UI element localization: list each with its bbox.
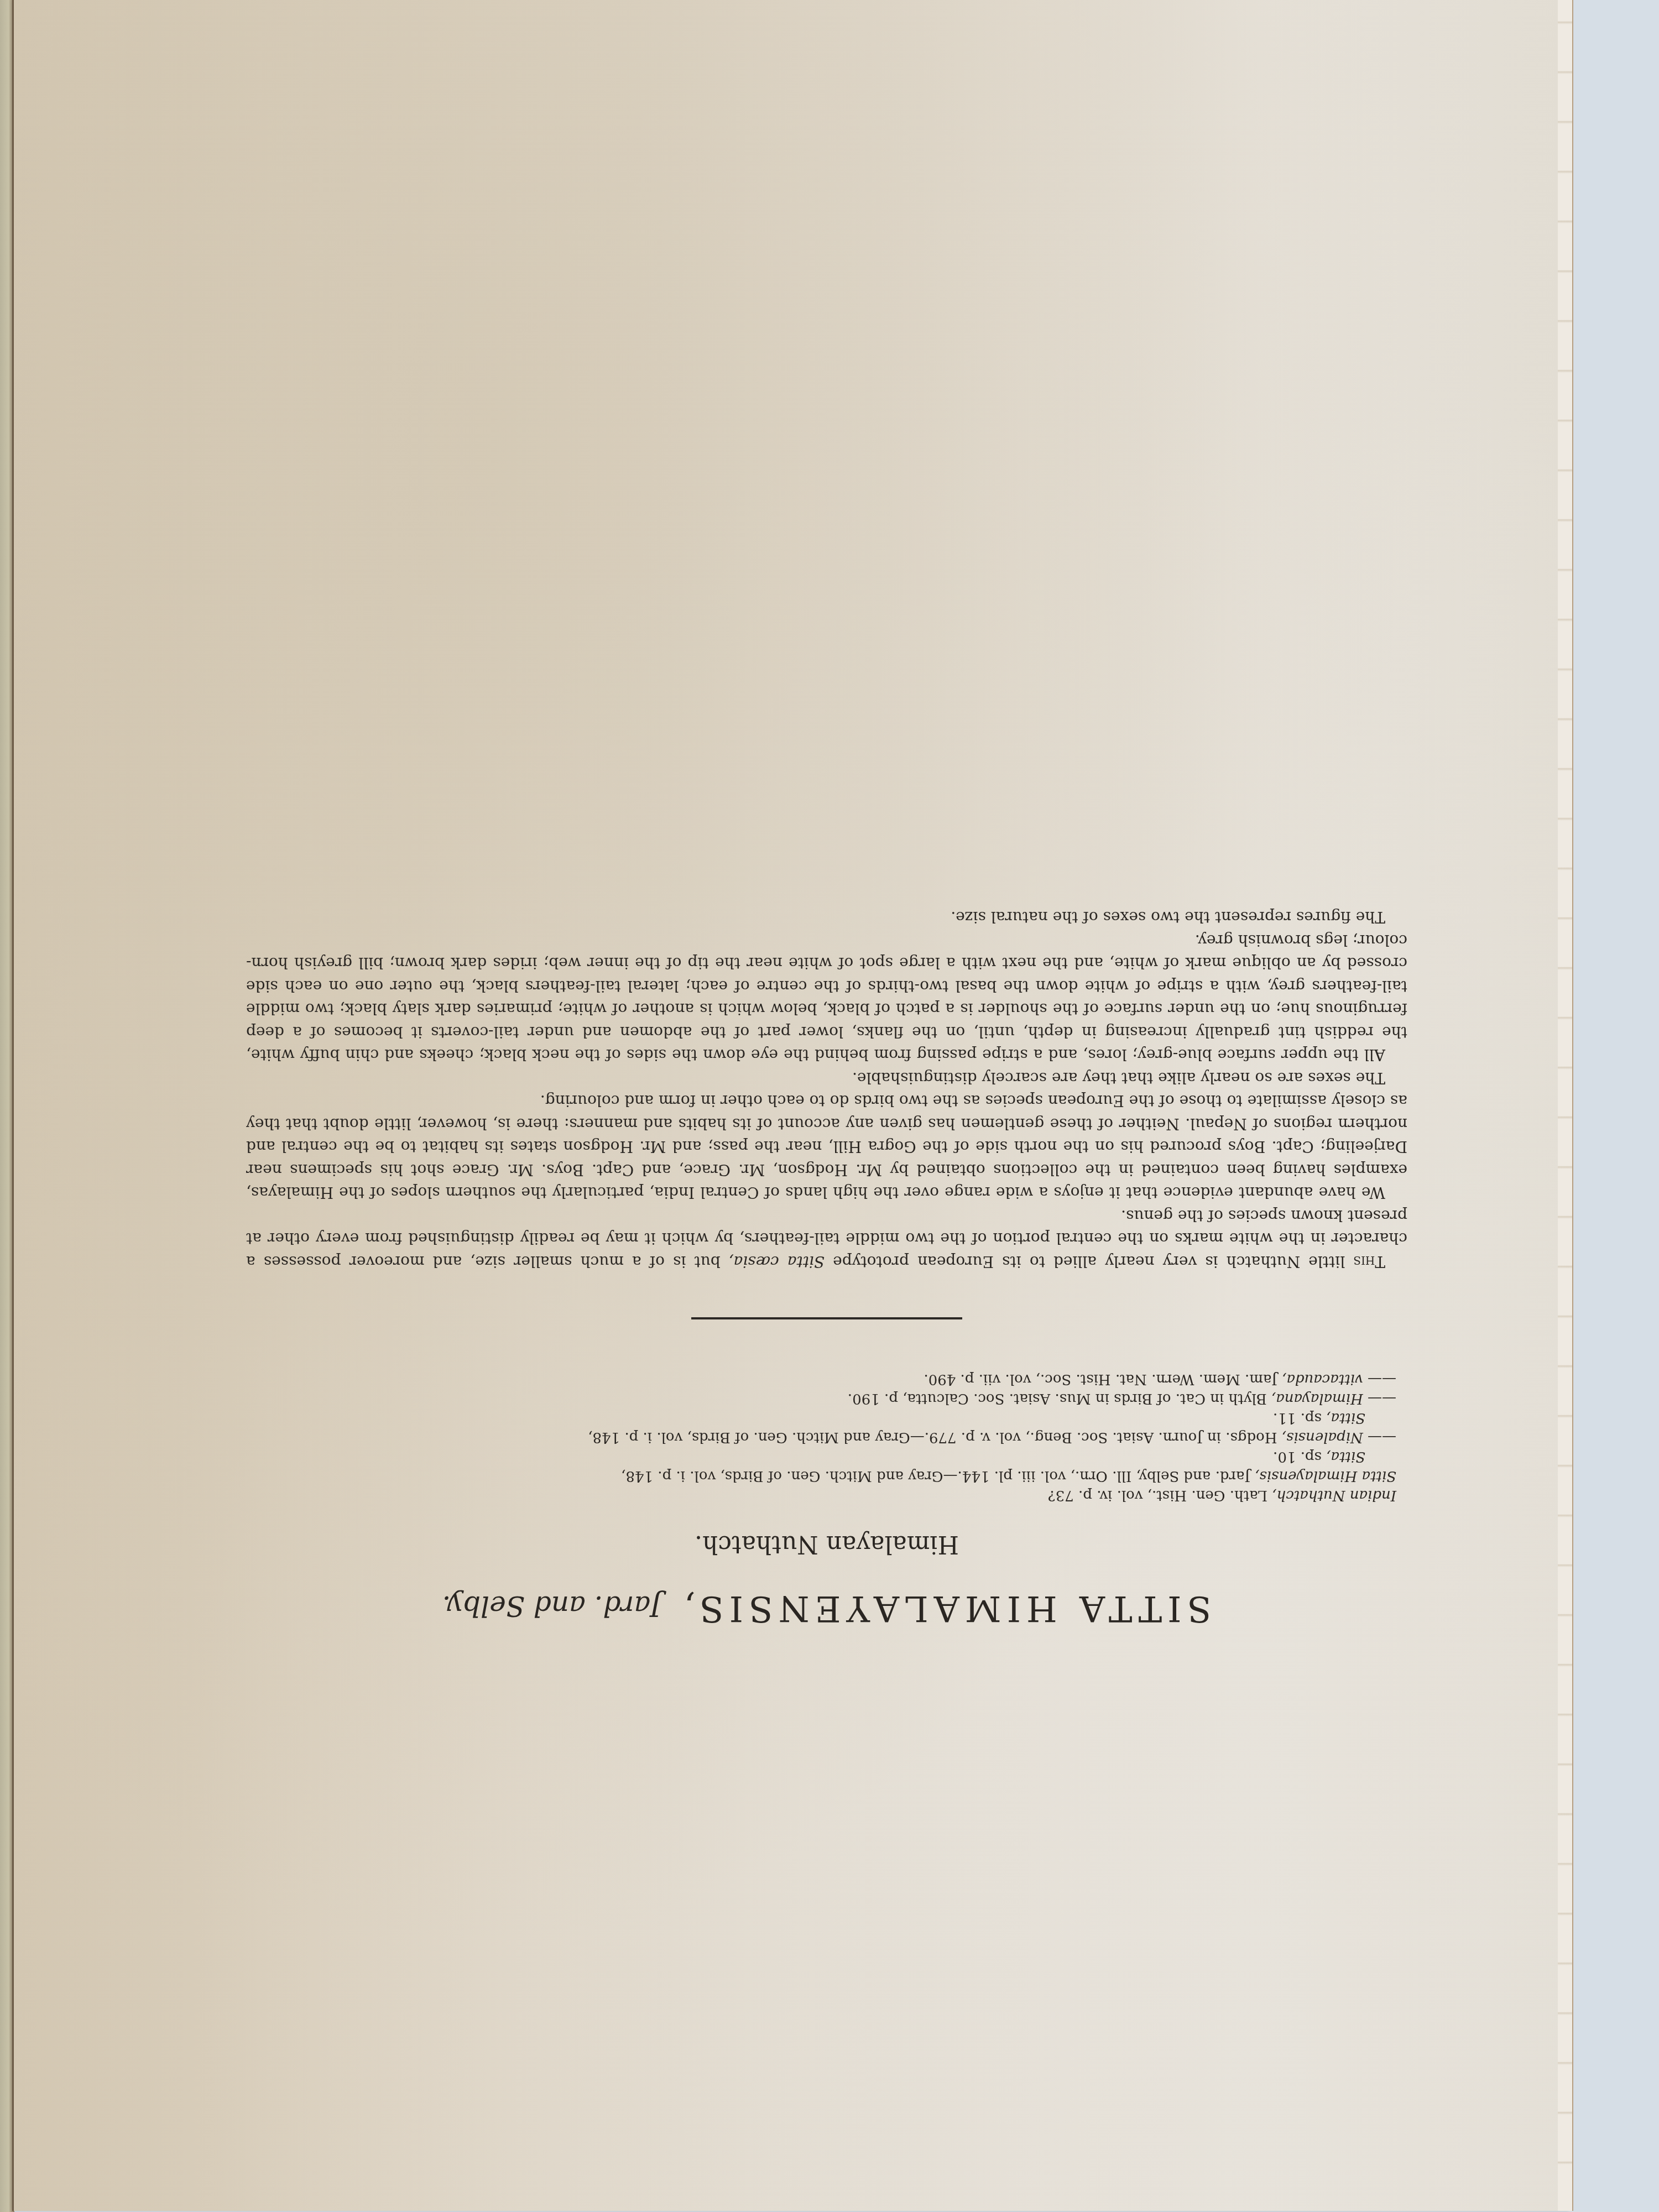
synonym-name: vittacauda, xyxy=(1282,1371,1363,1387)
species-title: SITTA HIMALAYENSIS, Jard. and Selby. xyxy=(246,1590,1407,1626)
deckled-edge xyxy=(1558,0,1573,2211)
synonym-reference: sp. 10. xyxy=(1273,1448,1326,1465)
section-rule xyxy=(691,1317,962,1319)
synonymy-line: Sitta, sp. 11. xyxy=(246,1408,1396,1427)
paper-sheet: SITTA HIMALAYENSIS, Jard. and Selby. Him… xyxy=(12,0,1569,2211)
synonym-reference: Blyth in Cat. of Birds in Mus. Asiat. So… xyxy=(848,1390,1271,1407)
body-paragraph: This little Nuthatch is very nearly alli… xyxy=(246,1204,1407,1274)
printed-text-block: SITTA HIMALAYENSIS, Jard. and Selby. Him… xyxy=(246,653,1407,1626)
synonym-name: Nipalensis, xyxy=(1282,1429,1363,1446)
synonymy-line: Himalayana, Blyth in Cat. of Birds in Mu… xyxy=(246,1389,1396,1408)
synonym-name: Sitta Himalayensis, xyxy=(1255,1468,1396,1484)
synonymy-line: Sitta Himalayensis, Jard. and Selby, Ill… xyxy=(246,1466,1396,1485)
synonymy-list: Indian Nuthatch, Lath. Gen. Hist., vol. … xyxy=(246,1369,1396,1505)
synonym-name: Himalayana, xyxy=(1271,1390,1363,1407)
body-paragraph: All the upper surface blue-grey; lores, … xyxy=(246,929,1407,1067)
synonym-reference: Hodgs. in Journ. Asiat. Soc. Beng., vol.… xyxy=(588,1429,1282,1446)
synonym-reference: sp. 11. xyxy=(1273,1410,1326,1426)
body-paragraph: We have abundant evidence that it enjoys… xyxy=(246,1089,1407,1204)
synonymy-line: vittacauda, Jam. Mem. Wern. Nat. Hist. S… xyxy=(246,1369,1396,1389)
body-paragraph: The figures represent the two sexes of t… xyxy=(246,906,1407,929)
synonym-reference: Jam. Mem. Wern. Nat. Hist. Soc., vol. vi… xyxy=(924,1371,1282,1387)
synonym-reference: Lath. Gen. Hist., vol. iv. p. 73? xyxy=(1048,1487,1272,1504)
synonym-reference: Jard. and Selby, Ill. Orn., vol. iii. pl… xyxy=(621,1468,1255,1484)
synonym-name: Sitta, xyxy=(1326,1410,1365,1426)
species-name: SITTA HIMALAYENSIS, xyxy=(679,1588,1212,1629)
synonymy-line: Indian Nuthatch, Lath. Gen. Hist., vol. … xyxy=(246,1485,1396,1505)
body-text: This little Nuthatch is very nearly alli… xyxy=(246,906,1407,1273)
species-authority: Jard. and Selby. xyxy=(442,1590,662,1622)
body-paragraph: The sexes are so nearly alike that they … xyxy=(246,1067,1407,1090)
synonymy-line: Nipalensis, Hodgs. in Journ. Asiat. Soc.… xyxy=(246,1427,1396,1447)
synonymy-line: Sitta, sp. 10. xyxy=(246,1447,1396,1466)
synonym-name: Sitta, xyxy=(1326,1448,1365,1465)
synonym-name: Indian Nuthatch, xyxy=(1272,1487,1396,1504)
common-name: Himalayan Nuthatch. xyxy=(246,1530,1407,1558)
